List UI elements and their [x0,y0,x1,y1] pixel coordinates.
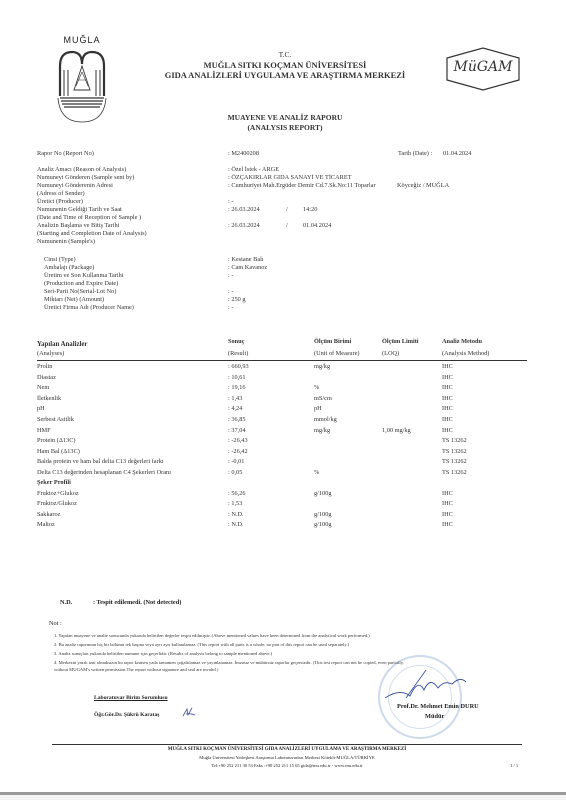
table-row: Fruktoz/Glukoz: 1,53IHC [37,500,527,508]
cell-analysis: Balda protein ve ham bal delta C13 değer… [37,458,164,466]
info-value-secondary: 14:20 [303,206,317,214]
cell-analysis: Fruktoz+Glukoz [37,490,79,498]
col-header-result-en: (Result) [228,350,248,358]
cell-method: IHC [442,395,453,403]
cell-analysis: Prolin [37,363,52,371]
lab-responsible-title: Laboratuvar Birim Sorumlusu [94,695,168,701]
table-row: Delta C13 değerinden hesaplanan C4 Şeker… [37,469,527,477]
info-label: (Date and Time of Reception of Sample ) [37,214,141,222]
cell-unit: mg/kg [314,427,330,435]
cell-result: : 56,26 [228,490,246,498]
sample-label: Üretici Firma Adı (Producer Name) [44,304,134,312]
date-value: 01.04.2024 [443,150,471,158]
cell-method: IHC [442,416,453,424]
sample-label: Cinsi (Type) [44,256,76,264]
info-separator: / [286,206,288,214]
table-row: Sakkaroz: N.D.g/100gIHC [37,511,527,519]
page-number: 1 / 1 [510,762,518,769]
info-label: Numuneyi Gönderen (Sample sent by) [37,174,134,182]
sample-value: : - [228,272,233,280]
cell-analysis: İletkenlik [37,395,61,403]
info-value-secondary: Köyceğiz / MUĞLA [397,182,449,190]
col-header-analyses-en: (Analyses) [37,350,64,358]
table-row: Prolin: 660,93mg/kgIHC [37,363,527,371]
info-value: : - [228,198,233,206]
sample-value: : 250 g [228,296,246,304]
cell-unit: mmol/kg [314,416,337,424]
cell-analysis: Serbest Asitlik [37,416,74,424]
report-page: MUĞLA MüGAM T.C. MUĞLA SITKI KOÇMAN ÜNİV… [0,0,566,795]
info-value: : ÖZÇAKIRLAR GIDA SANAYİ VE TİCARET [228,174,352,182]
sample-label: Üretim ve Son Kullanma Tarihi [44,272,124,280]
cell-result: : 36,85 [228,416,246,424]
cell-analysis: Ham Bal (Δ13C) [37,448,80,456]
cell-analysis: HMF [37,427,51,435]
table-header-rule [37,360,527,361]
date-label: Tarih (Date) : [398,150,432,158]
footer-org: MUĞLA SITKI KOÇMAN ÜNİVERSİTESİ GIDA ANA… [52,746,522,753]
table-row: Fruktoz+Glukoz: 56,26g/100gIHC [37,490,527,498]
cell-result: : -26,43 [228,437,248,445]
table-row: Diastaz: 10,61IHC [37,374,527,382]
cell-method: TS 13262 [442,437,467,445]
cell-method: IHC [442,374,453,382]
sample-value: : - [228,304,233,312]
cell-analysis: Delta C13 değerinden hesaplanan C4 Şeker… [37,469,171,477]
report-no-value: : M2400208 [228,150,259,158]
director-name: Prof.Dr. Mehmet Emin DURU [397,703,479,710]
report-no-label: Rapor No (Report No) [37,150,94,158]
col-header-unit-en: (Unit of Measure) [314,350,359,358]
sample-label: Seri-Parti No(Serial-Lot No) [44,288,116,296]
cell-method: IHC [442,384,453,392]
cell-method: IHC [442,490,453,498]
director-title: Müdür [425,713,444,720]
signature-left-icon [182,707,196,717]
notes-title: Not : [49,620,62,627]
university-logo: MUĞLA [54,36,110,126]
table-row: pH: 4,24pHIHC [37,405,527,413]
info-separator: / [286,222,288,230]
university-emblem-icon [54,46,110,126]
note-item: 1. Yapılan muayene ve analiz sonucunda y… [54,633,370,639]
table-row: Şeker Profili [37,479,527,487]
table-row: Serbest Asitlik: 36,85mmol/kgIHC [37,416,527,424]
cell-method: IHC [442,511,453,519]
col-header-method: Analiz Metodu [442,338,482,346]
cell-analysis: Maltoz [37,521,55,529]
mugam-logo: MüGAM [444,46,522,92]
footer-contact: Tel:+90 252 211 30 53 Faks :+90 252 211 … [52,762,522,769]
logo-text: MUĞLA [54,36,110,45]
table-row: İletkenlik: 1,43mS/cmIHC [37,395,527,403]
info-value-secondary: 01.04.2024 [303,222,331,230]
info-label: Numunenin Geldiği Tarih ve Saat [37,206,122,214]
cell-result: : N.D. [228,521,244,529]
header-center: GIDA ANALİZLERİ UYGULAMA VE ARAŞTIRMA ME… [140,70,430,80]
info-label: Numunenin (Sample's) [37,238,95,246]
legend-meaning: : Tespit edilemedi. (Not detected) [93,599,181,606]
cell-method: TS 13262 [442,458,467,466]
cell-unit: g/100g [314,521,332,529]
cell-result: : 1,43 [228,395,242,403]
table-row: Maltoz: N.D.g/100gIHC [37,521,527,529]
cell-result: : 4,24 [228,405,242,413]
col-header-result: Sonuç [228,338,244,346]
cell-result: : 19,16 [228,384,246,392]
table-row: Balda protein ve ham bal delta C13 değer… [37,458,527,466]
header-line-tc: T.C. [140,50,430,60]
note-item: without MUGAM's written permission.The r… [54,667,218,673]
col-header-analyses: Yapılan Analizler [37,341,87,349]
info-label: Üretici (Producer) [37,198,83,206]
cell-unit: g/100g [314,511,332,519]
cell-result: : N.D. [228,511,244,519]
cell-loq: 1,00 mg/kg [382,427,411,435]
cell-analysis: Nem [37,384,49,392]
cell-result: : 37,04 [228,427,246,435]
footer-rule [52,744,522,745]
table-header-en: (Analyses) (Result) (Unit of Measure) (L… [37,350,527,358]
cell-unit: g/100g [314,490,332,498]
report-title: MUAYENE VE ANALİZ RAPORU [140,113,430,123]
cell-unit: % [314,469,319,477]
cell-method: IHC [442,363,453,371]
info-label: Numuneyi Gönderenin Adresi [37,182,113,190]
table-row: HMF: 37,04mg/kg1,00 mg/kgIHC [37,427,527,435]
info-label: Analizin Başlama ve Bitiş Tarihi [37,222,119,230]
cell-result: : 1,53 [228,500,242,508]
cell-analysis: Diastaz [37,374,56,382]
cell-analysis: pH [37,405,45,413]
info-label: Analiz Amacı (Reason of Analysis) [37,166,126,174]
cell-analysis: Fruktoz/Glukoz [37,500,77,508]
note-item: 4. Merkezin yazılı izni olmaksızın bu ra… [54,660,404,666]
info-value: : 26.03.2024 [228,206,260,214]
cell-analysis: Şeker Profili [37,479,71,487]
cell-method: TS 13262 [442,469,467,477]
col-header-loq-en: (LOQ) [382,350,399,358]
header-university: MUĞLA SITKI KOÇMAN ÜNİVERSİTESİ [140,60,430,70]
sample-value: : Kestane Balı [228,256,264,264]
info-value: : Cumhuriyet Mah.Ergüder Demir Cd.7.Sk.N… [228,182,376,190]
cell-method: IHC [442,405,453,413]
cell-unit: % [314,384,319,392]
cell-result: : 10,61 [228,374,246,382]
info-label: (Adress of Sender) [37,190,85,198]
cell-result: : -0,01 [228,458,244,466]
sample-label: Ambalajı (Package) [44,264,94,272]
cell-method: TS 13262 [442,448,467,456]
col-header-unit: Ölçüm Birimi [314,338,351,346]
cell-result: : -26,42 [228,448,248,456]
cell-result: : 660,93 [228,363,249,371]
cell-method: IHC [442,521,453,529]
table-row: Ham Bal (Δ13C): -26,42TS 13262 [37,448,527,456]
cell-unit: pH [314,405,322,413]
note-item: 3. Analiz sonuçları yukarıda belirtilen … [54,651,272,657]
col-header-method-en: (Analysis Method) [442,350,489,358]
cell-analysis: Protein (Δ13C) [37,437,76,445]
cell-unit: mg/kg [314,363,330,371]
signature-right-icon [380,668,470,708]
lab-responsible-name: Öğr.Gör.Dr. Şükrü Karataş [94,712,159,718]
cell-method: IHC [442,427,453,435]
cell-result: : 0,05 [228,469,242,477]
report-title-en: (ANALYSIS REPORT) [140,123,430,133]
info-label: (Starting and Completion Date of Analysi… [37,230,147,238]
logo-text: MüGAM [444,59,522,75]
cell-unit: mS/cm [314,395,332,403]
col-header-loq: Ölçüm Limiti [382,338,419,346]
sample-value: : Cam Kavanoz [228,264,267,272]
legend-abbr: N.D. [60,599,72,606]
cell-method: IHC [442,500,453,508]
cell-analysis: Sakkaroz [37,511,60,519]
sample-label: (Production and Expire Date) [44,280,118,288]
sample-value: : - [228,288,233,296]
info-value: : Özel İstek - ARGE [228,166,279,174]
note-item: 2. Bu analiz raporunun hiç bir bölümü te… [54,642,349,648]
footer-address: Muğla Üniversitesi Yerleşkesi Araştırma … [52,754,522,761]
sample-label: Miktarı (Net) (Amount) [44,296,104,304]
info-value: : 26.03.2024 [228,222,260,230]
table-row: Nem: 19,16%IHC [37,384,527,392]
table-row: Protein (Δ13C): -26,43TS 13262 [37,437,527,445]
table-header-tr: Yapılan Analizler Sonuç Ölçüm Birimi Ölç… [37,341,527,349]
